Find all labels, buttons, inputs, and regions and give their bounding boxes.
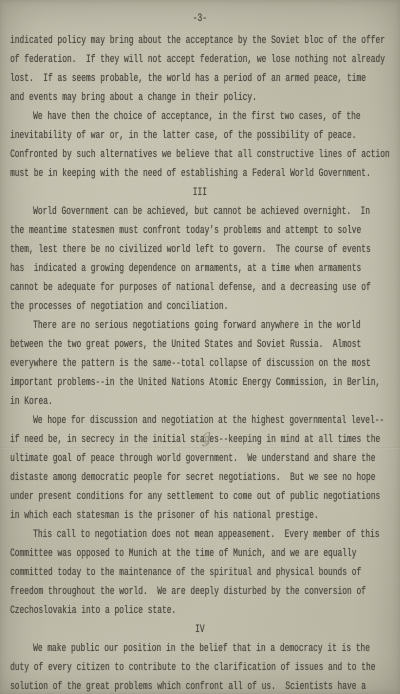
overstruck-char: gg <box>205 434 210 446</box>
text-line: in which each statesman is the prisoner … <box>10 507 400 526</box>
text-line: the meantime statesmen must confront tod… <box>10 222 400 241</box>
text-line: important problems--in the United Nation… <box>10 374 400 393</box>
text-line: committed today to the maintenance of th… <box>10 564 400 583</box>
text-line: This call to negotiation does not mean a… <box>10 526 400 545</box>
text-line: between the two great powers, the United… <box>10 336 400 355</box>
text-line: lost. If as seems probable, the world ha… <box>10 70 400 89</box>
text-line: We make public our position in the belie… <box>10 640 400 659</box>
text-line: We have then the choice of acceptance, i… <box>10 108 400 127</box>
text-line: them, lest there be no civilized world l… <box>10 241 400 260</box>
text-line: and events may bring about a change in t… <box>10 89 400 108</box>
document-body: indicated policy may bring about the acc… <box>10 32 400 694</box>
text-line: under present conditions for any settlem… <box>10 488 400 507</box>
text-segment: es--keeping in mind at all times the <box>209 434 380 446</box>
text-line: distaste among democratic people for sec… <box>10 469 400 488</box>
text-line: There are no serious negotiations going … <box>10 317 400 336</box>
text-line: of federation. If they will not accept f… <box>10 51 400 70</box>
text-line: must be in keeping with the need of esta… <box>10 165 400 184</box>
text-line: freedom throughout the world. We are dee… <box>10 583 400 602</box>
text-line: has indicated a growing dependence on ar… <box>10 260 400 279</box>
section-heading: III <box>10 184 400 203</box>
text-line: everywhere the pattern is the same--tota… <box>10 355 400 374</box>
text-line: Confronted by such alternatives we belie… <box>10 146 400 165</box>
text-line: solution of the great problems which con… <box>10 678 400 694</box>
text-line: Czechoslovakia into a police state. <box>10 602 400 621</box>
handwritten-correction: g <box>200 427 212 446</box>
text-line: the processes of negotiation and concili… <box>10 298 400 317</box>
page-number: -3- <box>10 10 400 29</box>
section-heading: IV <box>10 621 400 640</box>
text-line: duty of every citizen to contribute to t… <box>10 659 400 678</box>
text-segment: if need be, in secrecy in the initial st… <box>10 434 205 446</box>
typewriter-text: -3- indicated policy may bring about the… <box>0 10 400 694</box>
text-line: if need be, in secrecy in the initial st… <box>10 431 400 450</box>
text-line: inevitability of war or, in the latter c… <box>10 127 400 146</box>
text-line: World Government can be achieved, but ca… <box>10 203 400 222</box>
text-line: ultimate goal of peace through world gov… <box>10 450 400 469</box>
text-line: in Korea. <box>10 393 400 412</box>
text-line: cannot be adequate for purposes of natio… <box>10 279 400 298</box>
text-line: Committee was opposed to Munich at the t… <box>10 545 400 564</box>
document-page: -3- indicated policy may bring about the… <box>0 0 400 694</box>
text-line: indicated policy may bring about the acc… <box>10 32 400 51</box>
